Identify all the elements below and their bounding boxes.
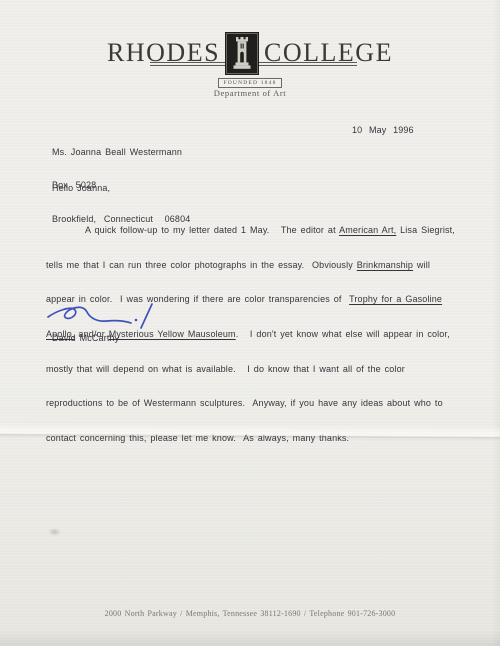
underlined-title-american-art: American Art, xyxy=(339,225,396,235)
paper-fold-crease xyxy=(0,422,500,441)
body-text: A quick follow-up to my letter dated 1 M… xyxy=(85,225,339,235)
tower-emblem-icon xyxy=(225,32,259,75)
sender-name: David McCarthy xyxy=(52,333,119,344)
signature-ink xyxy=(44,299,162,333)
footer-address: 2000 North Parkway / Memphis, Tennessee … xyxy=(0,609,500,618)
body-text: Lisa Siegrist, xyxy=(396,225,455,235)
body-line-6: reproductions to be of Westermann sculpt… xyxy=(46,398,466,410)
letterhead-name-left: RHODES xyxy=(107,40,220,66)
signature-dot xyxy=(135,319,138,322)
body-text: tells me that I can run three color phot… xyxy=(46,260,357,270)
date-line: 10 May 1996 xyxy=(352,125,414,136)
body-line-5: mostly that will depend on what is avail… xyxy=(46,364,466,376)
scanned-letter: RHODES COLLEGE FOUNDED 1848 D xyxy=(0,0,500,646)
body-text: . I don't yet know what else will appear… xyxy=(236,329,450,339)
underlined-title-trophy: Trophy for a Gasoline xyxy=(349,294,442,304)
body-line-1: A quick follow-up to my letter dated 1 M… xyxy=(46,225,466,237)
body-line-2: tells me that I can run three color phot… xyxy=(46,260,466,272)
ink-smudge xyxy=(48,528,61,536)
letterhead-name-right: COLLEGE xyxy=(264,40,393,66)
signature-slash xyxy=(141,304,152,328)
letterhead: RHODES COLLEGE xyxy=(0,30,500,75)
salutation: Hello Joanna, xyxy=(52,183,110,194)
department-line: Department of Art xyxy=(0,88,500,98)
scan-shadow-bottom xyxy=(0,630,500,646)
signature-path xyxy=(48,307,131,323)
scan-shadow-right xyxy=(492,0,500,646)
founded-label: FOUNDED 1848 xyxy=(218,78,281,88)
body-text: will xyxy=(413,260,430,270)
underlined-title-brinkmanship: Brinkmanship xyxy=(357,260,413,270)
recipient-name: Ms. Joanna Beall Westermann xyxy=(52,147,190,158)
